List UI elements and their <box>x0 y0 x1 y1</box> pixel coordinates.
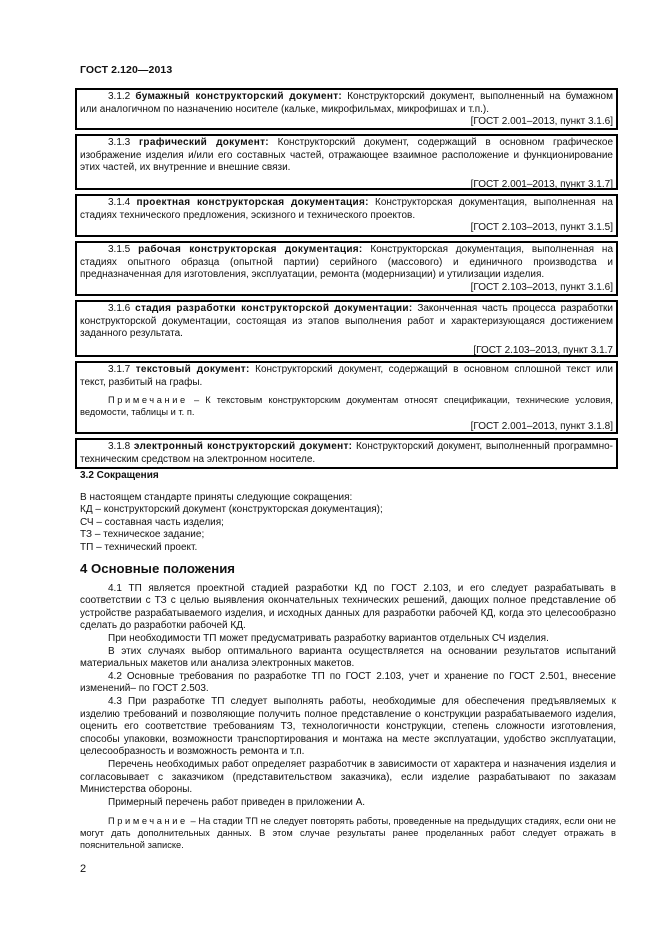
definition-source: [ГОСТ 2.001–2013, пункт 3.1.7] <box>80 179 613 192</box>
paragraph: В этих случаях выбор оптимального вариан… <box>80 646 616 671</box>
definition-source: [ГОСТ 2.103–2013, пункт 3.1.7 <box>80 345 613 358</box>
definition-box: 3.1.7 текстовый документ: Конструкторски… <box>75 361 618 434</box>
definition-box: 3.1.3 графический документ: Конструкторс… <box>75 134 618 190</box>
definition-number: 3.1.7 <box>108 364 130 375</box>
definition-term: графический документ: <box>139 137 269 148</box>
definition-box: 3.1.6 стадия разработки конструкторской … <box>75 300 618 357</box>
section-4: 4 Основные положения 4.1 ТП является про… <box>80 563 616 851</box>
definition-source: [ГОСТ 2.001–2013, пункт 3.1.6] <box>80 116 613 129</box>
definition-source: [ГОСТ 2.103–2013, пункт 3.1.5] <box>80 222 613 235</box>
note-label: Примечание <box>108 395 188 405</box>
abbreviation-item: ТП – технический проект. <box>80 542 616 555</box>
section-note: Примечание – На стадии ТП не следует пов… <box>80 815 616 851</box>
definition-box: 3.1.4 проектная конструкторская документ… <box>75 194 618 237</box>
paragraph: Примерный перечень работ приведен в прил… <box>80 797 616 810</box>
definition-box: 3.1.8 электронный конструкторский докуме… <box>75 438 618 469</box>
definition-term: проектная конструкторская документация: <box>137 197 369 208</box>
paragraph: При необходимости ТП может предусматрива… <box>80 633 616 646</box>
note-label: Примечание <box>108 816 188 826</box>
definition-number: 3.1.8 <box>108 441 130 452</box>
section-subtitle: 3.2 Сокращения <box>80 470 616 483</box>
definition-number: 3.1.3 <box>108 137 130 148</box>
definition-source: [ГОСТ 2.001–2013, пункт 3.1.8] <box>80 421 613 434</box>
paragraph: Перечень необходимых работ определяет ра… <box>80 759 616 797</box>
definition-number: 3.1.6 <box>108 303 130 314</box>
definition-number: 3.1.5 <box>108 244 130 255</box>
section-body: 4.1 ТП является проектной стадией разраб… <box>80 583 616 810</box>
paragraph: 4.1 ТП является проектной стадией разраб… <box>80 583 616 633</box>
abbreviations-section: 3.2 Сокращения В настоящем стандарте при… <box>80 470 616 555</box>
definitions-list: 3.1.2 бумажный конструкторский документ:… <box>75 88 618 473</box>
abbreviation-item: ТЗ – техническое задание; <box>80 529 616 542</box>
definition-term: текстовый документ: <box>136 364 250 375</box>
definition-term: стадия разработки конструкторской докуме… <box>135 303 412 314</box>
definition-term: бумажный конструкторский документ: <box>135 91 342 102</box>
page-number: 2 <box>80 863 86 875</box>
definition-box: 3.1.5 рабочая конструкторская документац… <box>75 241 618 296</box>
definition-number: 3.1.2 <box>108 91 130 102</box>
document-header: ГОСТ 2.120—2013 <box>80 64 172 76</box>
abbreviation-item: КД – конструкторский документ (конструкт… <box>80 504 616 517</box>
abbreviations-intro: В настоящем стандарте приняты следующие … <box>80 492 616 505</box>
definition-note: Примечание – К текстовым конструкторским… <box>80 394 613 418</box>
abbreviation-list: В настоящем стандарте приняты следующие … <box>80 492 616 555</box>
definition-source: [ГОСТ 2.103–2013, пункт 3.1.6] <box>80 282 613 295</box>
abbreviation-item: СЧ – составная часть изделия; <box>80 517 616 530</box>
section-title: 4 Основные положения <box>80 563 616 576</box>
definition-number: 3.1.4 <box>108 197 130 208</box>
definition-term: рабочая конструкторская документация: <box>138 244 362 255</box>
paragraph: 4.3 При разработке ТП следует выполнять … <box>80 696 616 759</box>
definition-box: 3.1.2 бумажный конструкторский документ:… <box>75 88 618 130</box>
definition-term: электронный конструкторский документ: <box>134 441 352 452</box>
paragraph: 4.2 Основные требования по разработке ТП… <box>80 671 616 696</box>
